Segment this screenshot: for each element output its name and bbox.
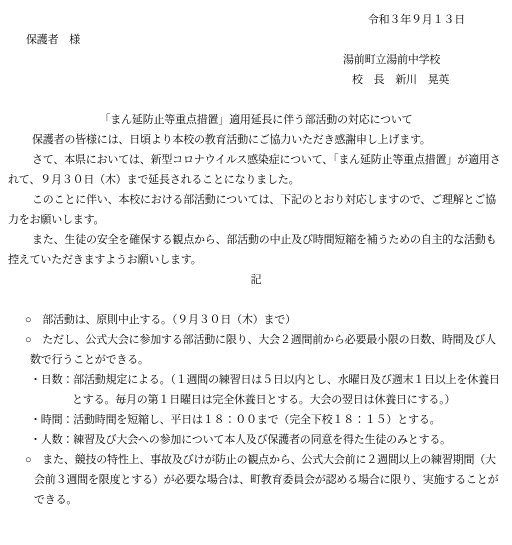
sender-principal-line: 校 長 新川 晃英 [352, 70, 512, 90]
greeting-line-6: また、生徒の安全を確保する観点から、部活動の中止及び時間短縮を補うための自主的な… [32, 230, 512, 250]
greeting-line-1: 保護者の皆様には、日頃より本校の教育活動にご協力いただき感謝申し上げます。 [32, 130, 512, 150]
notice-item1-line-1: ○ 部活動は、原則中止する。（９月３０日（木）まで） [25, 310, 512, 330]
notice-time-line-1: ・時間：活動時間を短縮し、平日は１８：００まで（完全下校１８：１５）とする。 [30, 410, 512, 430]
notice-item2-line-1: ○ ただし、公式大会に参加する部活動に限り、大会２週間前から必要最小限の日数、時… [25, 330, 512, 350]
notice-people-line-1: ・人数：練習及び大会への参加について本人及び保護者の同意を得た生徒のみとする。 [30, 430, 512, 450]
greeting-line-4: このことに伴い、本校における部活動については、下記のとおり対応しますので、ご理解… [32, 190, 512, 210]
document-date: 令和３年９月１３日 [0, 10, 512, 30]
notice-item3-line-3: できる。 [34, 490, 512, 510]
notice-days-line-1: ・日数：部活動規定による。（１週間の練習日は５日以内とし、水曜日及び週末１日以上… [30, 370, 512, 390]
spacer [0, 290, 512, 310]
record-marker: 記 [0, 270, 512, 290]
notice-item2-line-2: 数で行うことができる。 [30, 350, 512, 370]
notice-days-line-2: とする。毎月の第１日曜日は完全休養日とする。大会の翌日は休養日にする。） [72, 390, 512, 410]
greeting-line-7: 控えていただきますようお願いします。 [8, 250, 512, 270]
spacer [0, 90, 512, 110]
document-page: 令和３年９月１３日 保護者 様 湯前町立湯前中学校 校 長 新川 晃英 「まん延… [0, 0, 512, 545]
sender-school-line: 湯前町立湯前中学校 [343, 50, 512, 70]
greeting-line-3: れて、９月３０日（木）まで延長されることになりました。 [8, 170, 512, 190]
notice-item3-line-2: 会前３週間を限度とする）が必要な場合は、町教育委員会が認める場合に限り、実施する… [34, 470, 512, 490]
addressee-line: 保護者 様 [26, 30, 512, 50]
notice-item3-line-1: ○ また、競技の特性上、事故及びけが防止の観点から、公式大会前に２週間以上の練習… [25, 450, 512, 470]
greeting-line-2: さて、本県においては、新型コロナウイルス感染症について、「まん延防止等重点措置」… [32, 150, 512, 170]
greeting-line-5: 力をお願いします。 [8, 210, 512, 230]
document-title: 「まん延防止等重点措置」適用延長に伴う部活動の対応について [0, 110, 512, 130]
